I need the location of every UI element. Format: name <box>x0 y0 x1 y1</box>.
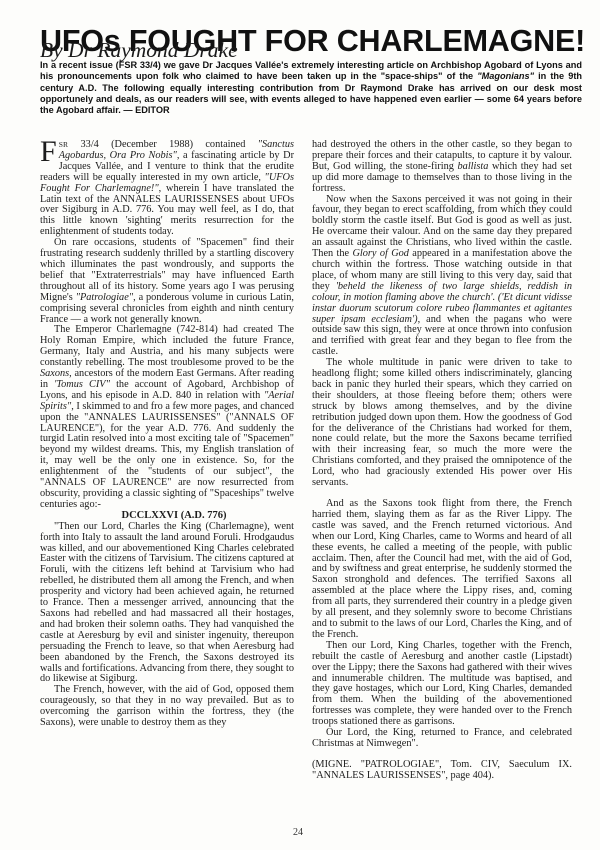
paragraph: And as the Saxons took flight from there… <box>312 499 572 641</box>
paragraph: FSR 33/4 (December 1988) contained "Sanc… <box>40 140 294 238</box>
paragraph: The whole multitude in panic were driven… <box>312 358 572 489</box>
paragraph: On rare occasions, students of "Spacemen… <box>40 238 294 325</box>
right-column: had destroyed the others in the other ca… <box>312 140 572 782</box>
paragraph: "Then our Lord, Charles the King (Charle… <box>40 522 294 686</box>
paragraph: Our Lord, the King, returned to France, … <box>312 728 572 750</box>
editor-introduction: In a recent issue (FSR 33/4) we gave Dr … <box>40 60 582 116</box>
small-caps: SR <box>59 140 69 149</box>
italic-term: Saxons, <box>40 368 72 379</box>
italic-term: 'Tomus CIV" <box>54 379 110 390</box>
italic-title: "Patrologiae" <box>76 292 133 303</box>
paragraph: The French, however, with the aid of God… <box>40 685 294 729</box>
article-byline: By Dr Raymond Drake <box>40 40 238 62</box>
page-number: 24 <box>293 827 303 838</box>
text: , I skimmed to and fro a few more pages,… <box>40 401 294 510</box>
paragraph: The Emperor Charlemagne (742-814) had cr… <box>40 325 294 510</box>
citation: (MIGNE. "PATROLOGIAE", Tom. CIV, Saeculu… <box>312 760 572 782</box>
italic-term: ballista <box>458 161 489 172</box>
text: 33/4 (December 1988) contained <box>68 139 257 150</box>
intro-magonians: "Magonians" <box>477 71 534 81</box>
italic-term: Glory of God <box>352 248 408 259</box>
paragraph: Now when the Saxons perceived it was not… <box>312 195 572 359</box>
paragraph: Then our Lord, King Charles, together wi… <box>312 641 572 728</box>
left-column: FSR 33/4 (December 1988) contained "Sanc… <box>40 140 294 729</box>
text: The Emperor Charlemagne (742-814) had cr… <box>40 324 294 368</box>
drop-cap: F <box>40 141 57 163</box>
paragraph: had destroyed the others in the other ca… <box>312 140 572 195</box>
